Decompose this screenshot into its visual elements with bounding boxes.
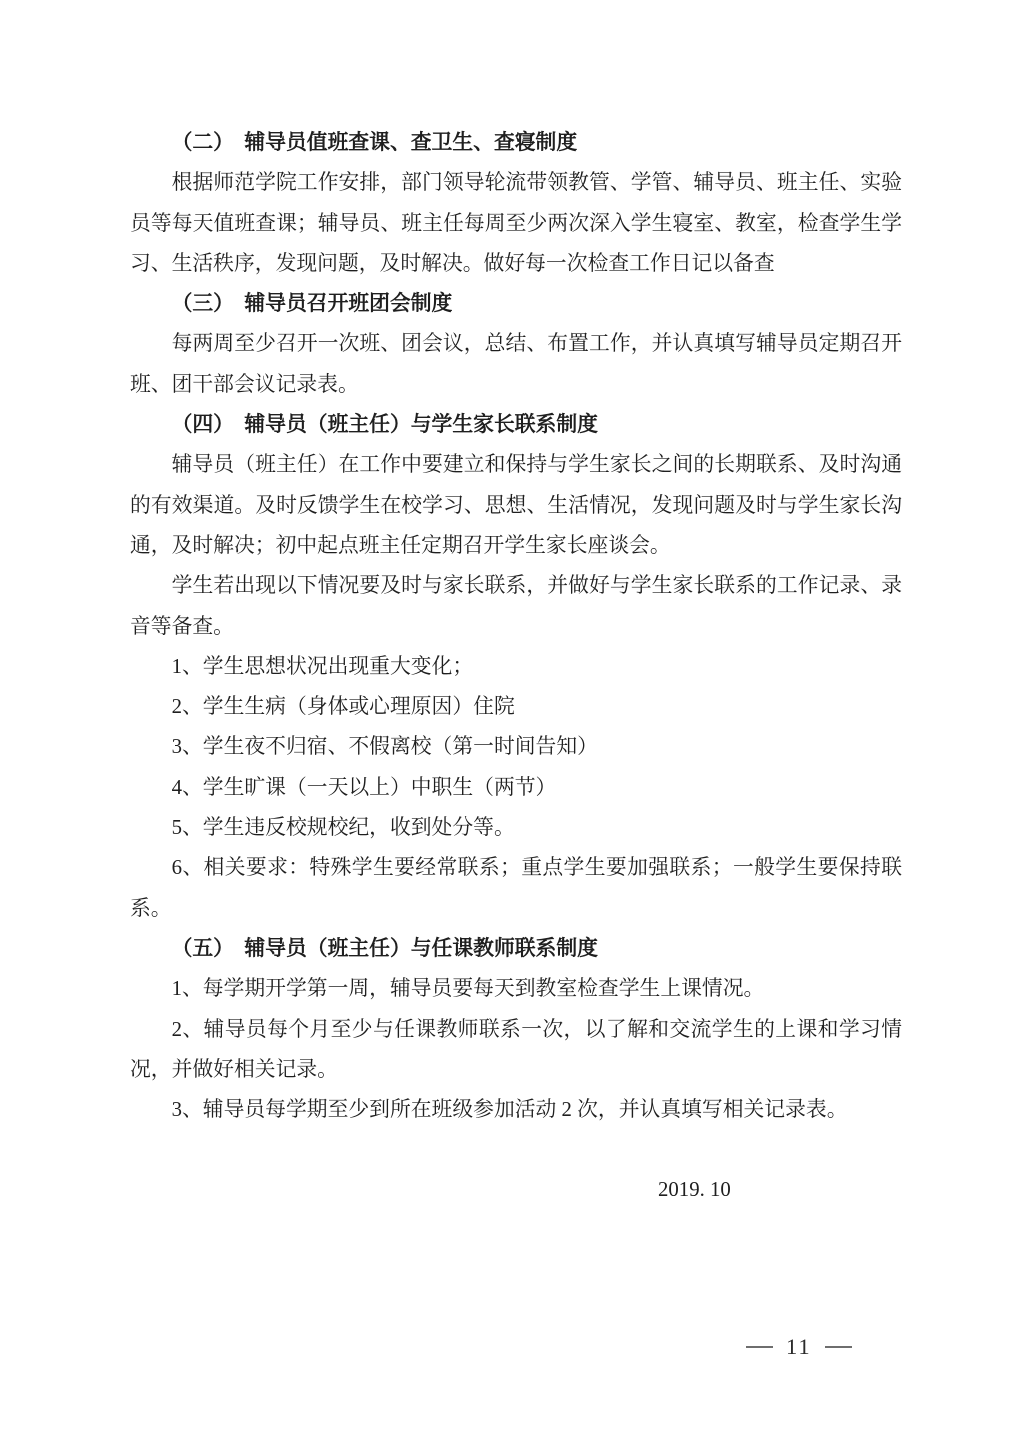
teacher-contact-item-3: 3、辅导员每学期至少到所在班级参加活动 2 次，并认真填写相关记录表。	[130, 1090, 902, 1130]
list-item-4: 4、学生旷课（一天以上）中职生（两节）	[130, 768, 902, 808]
list-item-6: 6、相关要求：特殊学生要经常联系；重点学生要加强联系；一般学生要保持联系。	[130, 848, 902, 929]
list-item-1: 1、学生思想状况出现重大变化；	[130, 647, 902, 687]
list-item-5: 5、学生违反校规校纪，收到处分等。	[130, 808, 902, 848]
document-page: （二） 辅导员值班查课、查卫生、查寝制度 根据师范学院工作安排，部门领导轮流带领…	[0, 0, 1024, 1448]
page-footer: 11	[746, 1334, 852, 1360]
section-heading-class-meeting: （三） 辅导员召开班团会制度	[130, 284, 902, 324]
paragraph-class-meeting: 每两周至少召开一次班、团会议，总结、布置工作，并认真填写辅导员定期召开班、团干部…	[130, 324, 902, 405]
section-heading-teacher-contact: （五） 辅导员（班主任）与任课教师联系制度	[130, 929, 902, 969]
paragraph-parent-contact-1: 辅导员（班主任）在工作中要建立和保持与学生家长之间的长期联系、及时沟通的有效渠道…	[130, 445, 902, 566]
document-body: （二） 辅导员值班查课、查卫生、查寝制度 根据师范学院工作安排，部门领导轮流带领…	[130, 123, 902, 1211]
list-item-2: 2、学生生病（身体或心理原因）住院	[130, 687, 902, 727]
footer-dash-left-icon	[746, 1346, 773, 1348]
document-date: 2019. 10	[130, 1170, 902, 1210]
section-heading-duty-inspection: （二） 辅导员值班查课、查卫生、查寝制度	[130, 123, 902, 163]
teacher-contact-item-1: 1、每学期开学第一周，辅导员要每天到教室检查学生上课情况。	[130, 969, 902, 1009]
footer-dash-right-icon	[825, 1346, 852, 1348]
teacher-contact-item-2: 2、辅导员每个月至少与任课教师联系一次，以了解和交流学生的上课和学习情况，并做好…	[130, 1010, 902, 1091]
section-heading-parent-contact: （四） 辅导员（班主任）与学生家长联系制度	[130, 405, 902, 445]
page-number: 11	[786, 1334, 812, 1360]
paragraph-duty-inspection: 根据师范学院工作安排，部门领导轮流带领教管、学管、辅导员、班主任、实验员等每天值…	[130, 163, 902, 284]
list-item-3: 3、学生夜不归宿、不假离校（第一时间告知）	[130, 727, 902, 767]
paragraph-parent-contact-2: 学生若出现以下情况要及时与家长联系，并做好与学生家长联系的工作记录、录音等备查。	[130, 566, 902, 647]
